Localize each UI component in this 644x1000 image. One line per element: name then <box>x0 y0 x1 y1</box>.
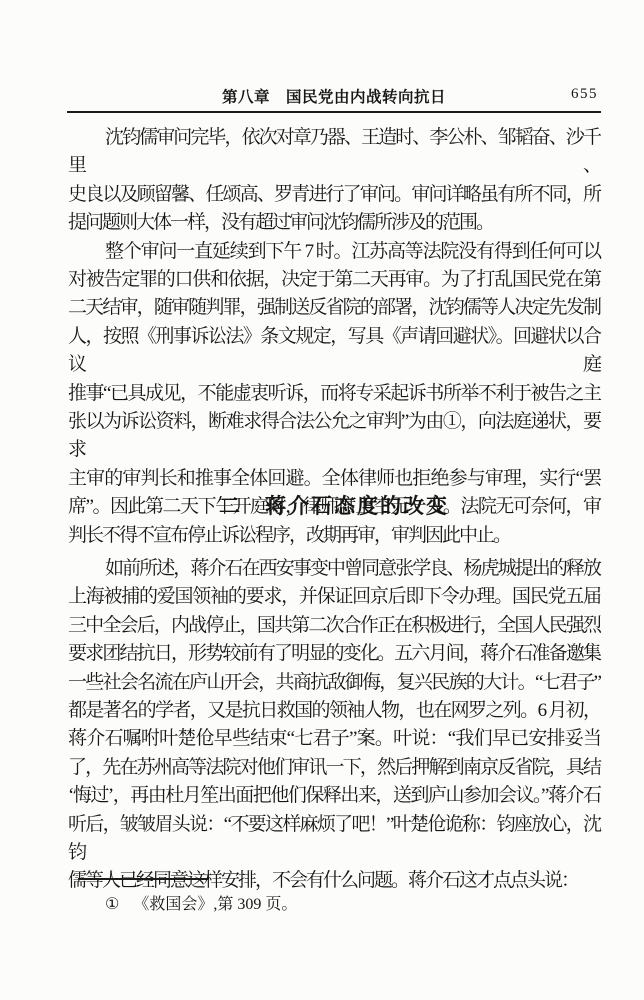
text-line: 人，按照《刑事诉讼法》条文规定，写具《声请回避状》。回避状以合议庭 <box>68 323 600 380</box>
text-line: 蒋介石嘱咐叶楚伧早些结束“七君子”案。叶说：“我们早已安排妥当 <box>68 725 600 753</box>
text-line: 儒等人已经同意这样安排，不会有什么问题。蒋介石这才点点头说： <box>68 867 600 895</box>
text-line: 了，先在苏州高等法院对他们审讯一下，然后押解到南京反省院，具结 <box>68 754 600 782</box>
text-line: 推事“已具成见，不能虚衷听诉，而将专采起诉书所举不利于被告之主 <box>68 380 600 408</box>
text-line: 如前所述，蒋介石在西安事变中曾同意张学良、杨虎城提出的释放 <box>68 555 600 583</box>
text-line: 要求团结抗日，形势较前有了明显的变化。五六月间，蒋介石准备邀集 <box>68 640 600 668</box>
text-line: ‘悔过’，再由杜月笙出面把他们保释出来，送到庐山参加会议。”蒋介石 <box>68 782 600 810</box>
page-number: 655 <box>571 86 598 103</box>
text-line: 判长不得不宣布停止诉讼程序，改期再审，审判因此中止。 <box>68 522 600 550</box>
text-line: 张以为诉讼资料，断难求得合法公允之审判”为由①，向法庭递状，要求 <box>68 408 600 465</box>
body-text-block-2: 如前所述，蒋介石在西安事变中曾同意张学良、杨虎城提出的释放上海被捕的爱国领袖的要… <box>68 555 600 896</box>
body-text-block-1: 沈钧儒审问完毕，依次对章乃器、王造时、李公朴、邹韬奋、沙千里、史良以及顾留馨、任… <box>68 124 600 550</box>
text-line: 沈钧儒审问完毕，依次对章乃器、王造时、李公朴、邹韬奋、沙千里、 <box>68 124 600 181</box>
text-line: 上海被捕的爱国领袖的要求，并保证回京后即下令办理。国民党五届 <box>68 583 600 611</box>
text-line: 提问题则大体一样，没有超过审问沈钧儒所涉及的范围。 <box>68 209 600 237</box>
text-line: 一些社会名流在庐山开会，共商抗敌御侮，复兴民族的大计。“七君子” <box>68 669 600 697</box>
text-line: 三中全会后，内战停止，国共第二次合作正在积极进行，全国人民强烈 <box>68 612 600 640</box>
paragraph-1: 沈钧儒审问完毕，依次对章乃器、王造时、李公朴、邹韬奋、沙千里、史良以及顾留馨、任… <box>68 124 600 238</box>
page-header: 第八章 国民党由内战转向抗日 655 <box>68 85 600 107</box>
footnote: ①《救国会》,第 309 页。 <box>105 893 600 917</box>
section-heading: 二 蒋介石态度的改变 <box>68 490 600 520</box>
text-line: 都是著名的学者，又是抗日救国的领袖人物，也在网罗之列。6 月初， <box>68 697 600 725</box>
text-line: 二天结审，随审随判罪，强制送反省院的部署，沈钧儒等人决定先发制 <box>68 294 600 322</box>
text-line: 对被告定罪的口供和依据，决定于第二天再审。为了打乱国民党在第 <box>68 266 600 294</box>
text-line: 史良以及顾留馨、任颂高、罗青进行了审问。审问详略虽有所不同，所 <box>68 181 600 209</box>
footnote-marker: ① <box>105 896 119 913</box>
header-rule <box>67 111 601 113</box>
text-line: 整个审问一直延续到下午 7 时。江苏高等法院没有得到任何可以 <box>68 238 600 266</box>
book-page: 第八章 国民党由内战转向抗日 655 沈钧儒审问完毕，依次对章乃器、王造时、李公… <box>0 0 644 1000</box>
chapter-title: 第八章 国民党由内战转向抗日 <box>222 89 446 106</box>
footnote-text: 《救国会》,第 309 页。 <box>133 896 297 913</box>
paragraph-3: 如前所述，蒋介石在西安事变中曾同意张学良、杨虎城提出的释放上海被捕的爱国领袖的要… <box>68 555 600 896</box>
footnote-separator-rule <box>78 878 209 880</box>
text-line: 听后，皱皱眉头说：“不要这样麻烦了吧！”叶楚伧诡称：钧座放心，沈钧 <box>68 811 600 868</box>
